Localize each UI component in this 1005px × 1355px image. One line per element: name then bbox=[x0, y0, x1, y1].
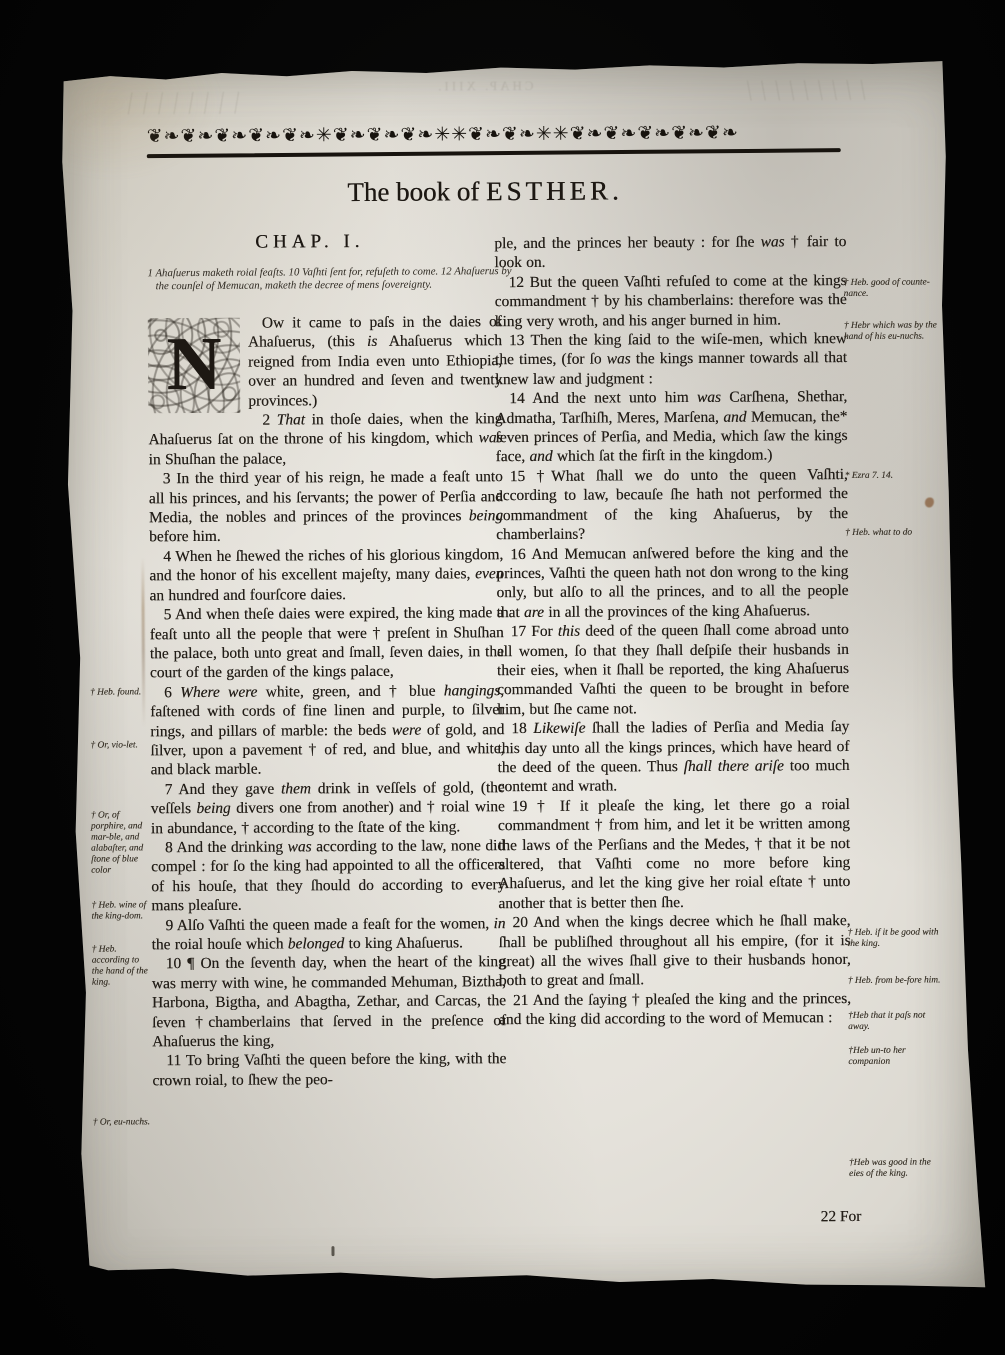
text-column-left: NOw it came to paſs in the daies of Ahaſ… bbox=[148, 312, 507, 1090]
verse: ple, and the princes her beauty : for ſh… bbox=[494, 232, 846, 273]
verse: 5 And when theſe daies were expired, the… bbox=[150, 603, 504, 683]
verse: 17 For this deed of the queen ſhall come… bbox=[497, 620, 850, 719]
verse: 11 To bring Vaſhti the queen before the … bbox=[152, 1050, 506, 1091]
showthrough-header: CHAP. XIII. bbox=[374, 78, 594, 95]
margin-note: † Heb. from be-fore him. bbox=[848, 975, 944, 986]
verse: 3 In the third year of his reign, he mad… bbox=[149, 467, 503, 547]
verse: 21 And the ſaying † pleaſed the king and… bbox=[499, 989, 851, 1030]
verse: 16 And Memucan anſwered before the king … bbox=[496, 543, 848, 623]
verse: 13 Then the king ſaid to the wiſe-men, w… bbox=[495, 329, 847, 389]
verse: 20 And when the kings decree which he ſh… bbox=[498, 911, 850, 991]
margin-note: * Ezra 7. 14. bbox=[845, 470, 941, 481]
margin-note: † Or, of porphire, and mar-ble, and alab… bbox=[91, 810, 149, 876]
verse: 14 And the next unto him was Carſhena, S… bbox=[495, 387, 847, 467]
margin-note: †Heb un-to her companion bbox=[848, 1045, 944, 1067]
photo-background: { "colors": { "background": "#050505", "… bbox=[0, 0, 1005, 1355]
verse: 19 † If it pleaſe the king, let there go… bbox=[498, 795, 851, 914]
chapter-heading: CHAP. I. bbox=[167, 230, 452, 254]
page-title-main: ESTHER. bbox=[486, 175, 623, 206]
ink-mark bbox=[331, 1246, 334, 1256]
margin-note: † Or, eu-nuchs. bbox=[93, 1117, 151, 1128]
chapter-summary: 1 Ahaſuerus maketh roial feaſts. 10 Vaſh… bbox=[147, 265, 511, 293]
verse: 8 And the drinking was according to the … bbox=[151, 836, 505, 916]
verse: 18 Likewiſe ſhall the ladies of Perſia a… bbox=[497, 717, 849, 797]
margin-note: † Heb. wine of the king-dom. bbox=[91, 900, 149, 922]
margin-note: † Heb. if it be good with the king. bbox=[848, 927, 944, 949]
verse: 10 ¶ On the ſeventh day, when the heart … bbox=[152, 953, 507, 1052]
margin-note: †Heb that it paſs not away. bbox=[848, 1010, 944, 1032]
verse: 15 †What ſhall we do unto the queen Vaſh… bbox=[496, 465, 848, 545]
page-title: The book of ESTHER. bbox=[255, 175, 715, 209]
corner-stain bbox=[64, 70, 225, 181]
verse: 6 Where were white, green, and † blue ha… bbox=[150, 681, 505, 780]
margin-note: † Heb. what to do bbox=[845, 527, 941, 538]
catchword: 22 For bbox=[661, 1208, 861, 1227]
margin-note: † Hebr which was by the hand of his eu-n… bbox=[844, 320, 940, 342]
verse: 4 When he ſhewed the riches of his glori… bbox=[149, 545, 503, 605]
verse: 12 But the queen Vaſhti refuſed to come … bbox=[495, 271, 847, 331]
margin-note: † Heb. good of counte-nance. bbox=[844, 277, 940, 299]
drop-cap-initial: N bbox=[148, 318, 241, 414]
page-title-prefix: The book of bbox=[347, 176, 486, 207]
verse: 2 That in thoſe daies, when the king Aha… bbox=[148, 409, 502, 469]
verse: 9 Alſo Vaſhti the queen made a feaſt for… bbox=[151, 914, 505, 955]
margin-note: † Heb. found. bbox=[90, 687, 148, 698]
verse: 7 And they gave them drink in veſſels of… bbox=[151, 778, 505, 838]
margin-note: † Or, vio-let. bbox=[90, 740, 148, 751]
ornament-band: ❦❧❦❧❦❧❦❧❦❧✳❦❧❦❧❦❧✳✳❦❧❦❧✳✳❦❧❦❧❦❧❦❧❦❧ bbox=[147, 118, 839, 150]
margin-notes-right: † Heb. good of counte-nance.† Hebr which… bbox=[842, 57, 946, 1298]
margin-note: †Heb was good in the eies of the king. bbox=[849, 1157, 945, 1179]
book-page: CHAP. XIII. ❦❧❦❧❦❧❦❧❦❧✳❦❧❦❧❦❧✳✳❦❧❦❧✳✳❦❧❦… bbox=[54, 57, 992, 1303]
margin-note: † Heb. according to the hand of the king… bbox=[92, 944, 150, 988]
text-column-right: ple, and the princes her beauty : for ſh… bbox=[494, 232, 851, 1030]
verse: NOw it came to paſs in the daies of Ahaſ… bbox=[148, 312, 503, 411]
